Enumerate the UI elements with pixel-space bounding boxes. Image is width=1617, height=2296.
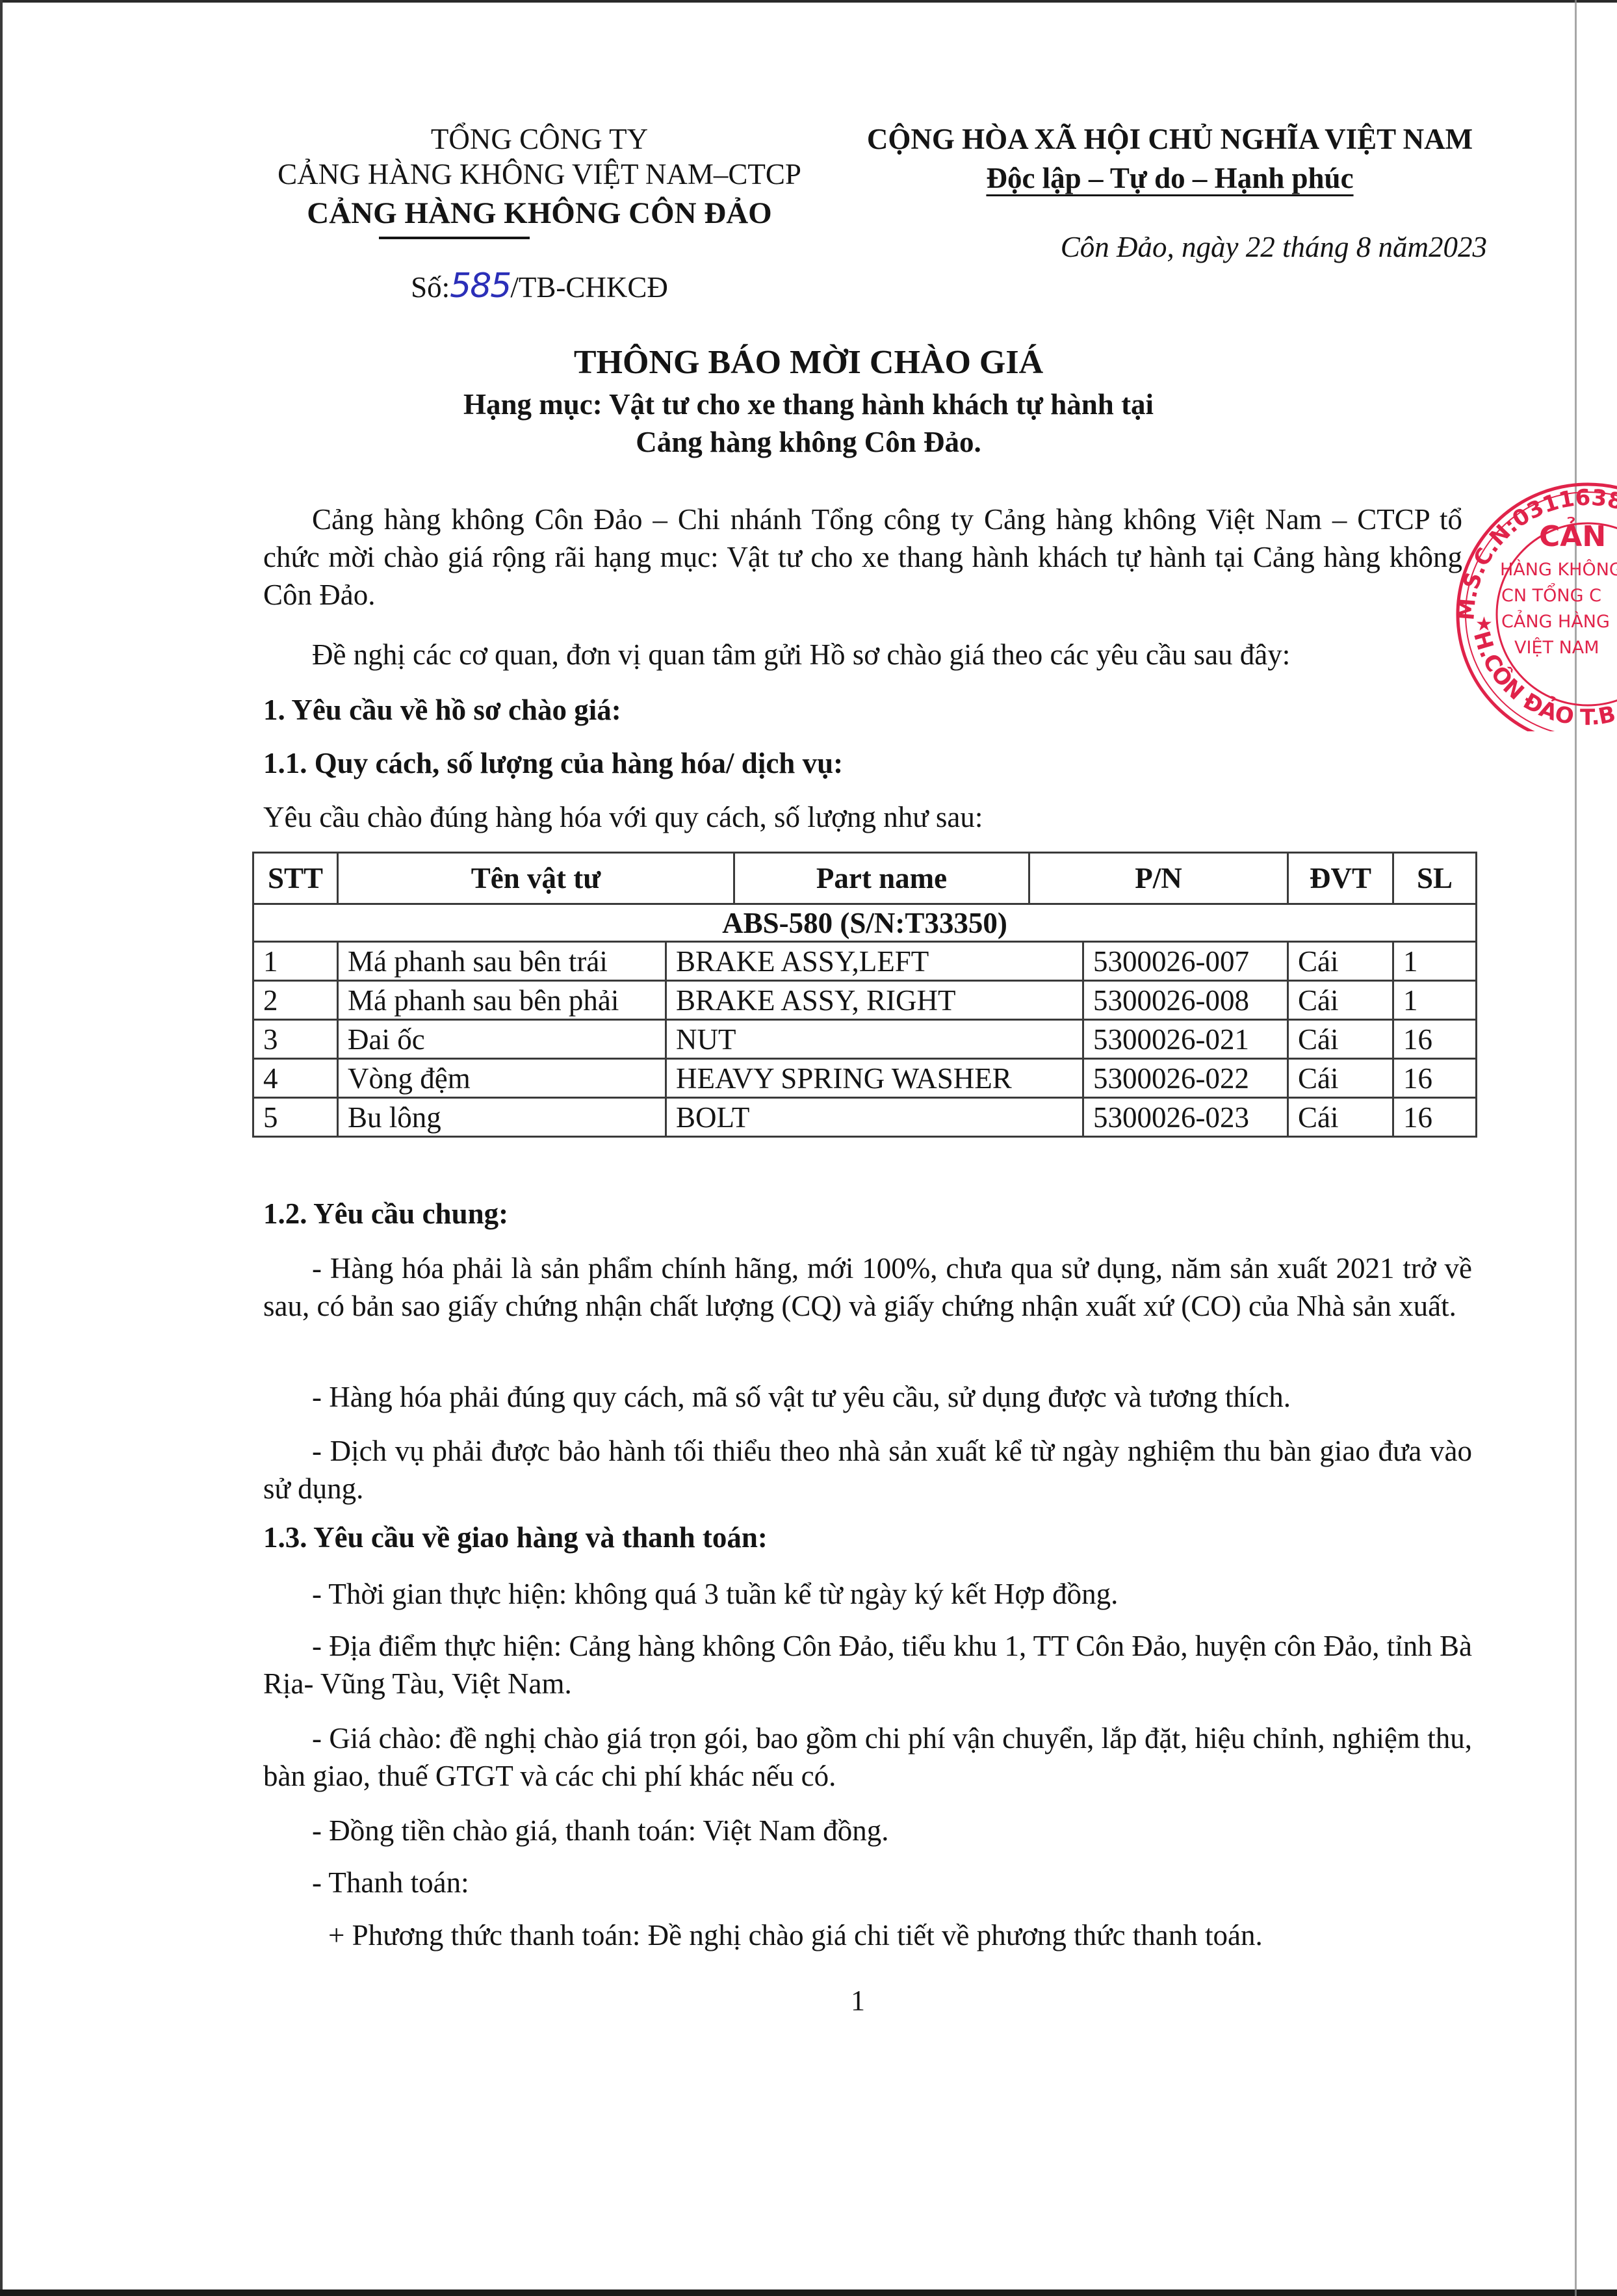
- header-stt: STT: [252, 854, 337, 903]
- header-name: Tên vật tư: [337, 854, 733, 903]
- cell-stt: 1: [252, 943, 337, 980]
- cell-name: Bu lông: [337, 1099, 665, 1136]
- cell-unit: Cái: [1287, 1060, 1392, 1097]
- document-number-handwritten: 585: [450, 267, 510, 306]
- cell-qty: 1: [1392, 943, 1477, 980]
- header-qty: SL: [1392, 854, 1477, 903]
- stamp-inner-text: VIỆT NAM: [1514, 637, 1599, 658]
- cell-name: Má phanh sau bên phải: [337, 982, 665, 1019]
- table-row: 2Má phanh sau bên phảiBRAKE ASSY, RIGHT5…: [252, 982, 1477, 1021]
- section-1-2-heading: 1.2. Yêu cầu chung:: [263, 1199, 508, 1229]
- scan-edge-top: [0, 0, 1617, 3]
- cell-qty: 16: [1392, 1060, 1477, 1097]
- cell-unit: Cái: [1287, 982, 1392, 1019]
- document-subject-line2: Cảng hàng không Côn Đảo.: [0, 425, 1617, 459]
- cell-unit: Cái: [1287, 943, 1392, 980]
- stamp-inner-text: HÀNG KHÔNG: [1500, 559, 1617, 580]
- stamp-inner-text: CN TỔNG C: [1501, 583, 1601, 606]
- cell-pn: 5300026-021: [1082, 1021, 1287, 1058]
- request-paragraph: Đề nghị các cơ quan, đơn vị quan tâm gửi…: [263, 636, 1472, 673]
- national-title: CỘNG HÒA XÃ HỘI CHỦ NGHĨA VIỆT NAM: [838, 125, 1501, 154]
- stamp-inner-text: CẢN: [1539, 516, 1606, 553]
- national-motto-text: Độc lập – Tự do – Hạnh phúc: [986, 162, 1353, 194]
- cell-qty: 1: [1392, 982, 1477, 1019]
- cell-pn: 5300026-008: [1082, 982, 1287, 1019]
- cell-qty: 16: [1392, 1099, 1477, 1136]
- general-req-1: - Hàng hóa phải là sản phẩm chính hãng, …: [263, 1249, 1472, 1325]
- delivery-req-4-text: - Đồng tiền chào giá, thanh toán: Việt N…: [312, 1814, 889, 1847]
- section-1-1-intro: Yêu cầu chào đúng hàng hóa với quy cách,…: [263, 803, 983, 832]
- header-pn: P/N: [1028, 854, 1287, 903]
- table-row: 3Đai ốcNUT5300026-021Cái16: [252, 1021, 1477, 1060]
- delivery-req-3: - Giá chào: đề nghị chào giá trọn gói, b…: [263, 1719, 1472, 1795]
- cell-part-name: NUT: [665, 1021, 1082, 1058]
- company-seal-stamp: M.S.C.N:0311638 H.CÔN ĐẢO T.BÀ ★ CẢNHÀNG…: [1448, 471, 1617, 731]
- delivery-req-2: - Địa điểm thực hiện: Cảng hàng không Cô…: [263, 1627, 1472, 1702]
- document-number: Số:585/TB-CHKCĐ: [240, 267, 838, 306]
- section-1-3-heading: 1.3. Yêu cầu về giao hàng và thanh toán:: [263, 1523, 768, 1552]
- page-number: 1: [0, 1984, 1617, 2017]
- cell-stt: 4: [252, 1060, 337, 1097]
- delivery-req-6-text: + Phương thức thanh toán: Đề nghị chào g…: [328, 1919, 1263, 1951]
- cell-part-name: BOLT: [665, 1099, 1082, 1136]
- cell-name: Vòng đệm: [337, 1060, 665, 1097]
- table-row: 1Má phanh sau bên tráiBRAKE ASSY,LEFT530…: [252, 943, 1477, 982]
- cell-part-name: BRAKE ASSY,LEFT: [665, 943, 1082, 980]
- delivery-req-1: - Thời gian thực hiện: không quá 3 tuần …: [263, 1575, 1472, 1613]
- general-req-1-text: - Hàng hóa phải là sản phẩm chính hãng, …: [263, 1252, 1472, 1322]
- cell-stt: 2: [252, 982, 337, 1019]
- cell-name: Đai ốc: [337, 1021, 665, 1058]
- table-row: 4Vòng đệmHEAVY SPRING WASHER5300026-022C…: [252, 1060, 1477, 1099]
- delivery-req-4: - Đồng tiền chào giá, thanh toán: Việt N…: [263, 1812, 1472, 1849]
- group-label: ABS-580 (S/N:T33350): [252, 905, 1477, 941]
- svg-text:★: ★: [1475, 613, 1493, 636]
- delivery-req-2-text: - Địa điểm thực hiện: Cảng hàng không Cô…: [263, 1630, 1472, 1700]
- document-number-suffix: /TB-CHKCĐ: [510, 271, 668, 304]
- cell-stt: 3: [252, 1021, 337, 1058]
- document-title: THÔNG BÁO MỜI CHÀO GIÁ: [0, 343, 1617, 382]
- cell-part-name: BRAKE ASSY, RIGHT: [665, 982, 1082, 1019]
- table-header-row: STT Tên vật tư Part name P/N ĐVT SL: [252, 852, 1477, 905]
- cell-unit: Cái: [1287, 1021, 1392, 1058]
- delivery-req-6: + Phương thức thanh toán: Đề nghị chào g…: [263, 1916, 1472, 1954]
- header-unit: ĐVT: [1287, 854, 1392, 903]
- section-1-heading: 1. Yêu cầu về hồ sơ chào giá:: [263, 696, 621, 725]
- stamp-inner-text: CẢNG HÀNG: [1501, 610, 1610, 632]
- org-name: CẢNG HÀNG KHÔNG CÔN ĐẢO: [240, 198, 838, 229]
- cell-name: Má phanh sau bên trái: [337, 943, 665, 980]
- intro-paragraph-text: Cảng hàng không Côn Đảo – Chi nhánh Tổng…: [263, 503, 1462, 611]
- request-paragraph-text: Đề nghị các cơ quan, đơn vị quan tâm gửi…: [312, 638, 1290, 671]
- header-part-name: Part name: [733, 854, 1028, 903]
- org-parent-line1: TỔNG CÔNG TY: [240, 125, 838, 154]
- document-number-prefix: Số:: [411, 271, 450, 304]
- general-req-3-text: - Dịch vụ phải được bảo hành tối thiểu t…: [263, 1435, 1472, 1505]
- intro-paragraph: Cảng hàng không Côn Đảo – Chi nhánh Tổng…: [263, 501, 1462, 614]
- table-body: 1Má phanh sau bên tráiBRAKE ASSY,LEFT530…: [252, 943, 1477, 1138]
- document-date: Côn Đảo, ngày 22 tháng 8 năm2023: [1061, 233, 1487, 262]
- general-req-2: - Hàng hóa phải đúng quy cách, mã số vật…: [263, 1378, 1472, 1416]
- general-req-2-text: - Hàng hóa phải đúng quy cách, mã số vật…: [312, 1381, 1291, 1413]
- cell-pn: 5300026-023: [1082, 1099, 1287, 1136]
- scan-edge-bottom: [0, 2289, 1617, 2296]
- table-group-row: ABS-580 (S/N:T33350): [252, 905, 1477, 943]
- cell-pn: 5300026-007: [1082, 943, 1287, 980]
- cell-part-name: HEAVY SPRING WASHER: [665, 1060, 1082, 1097]
- org-underline: [379, 237, 530, 239]
- document-subject-line1: Hạng mục: Vật tư cho xe thang hành khách…: [0, 387, 1617, 421]
- national-motto: Độc lập – Tự do – Hạnh phúc: [838, 164, 1501, 193]
- delivery-req-1-text: - Thời gian thực hiện: không quá 3 tuần …: [312, 1578, 1118, 1610]
- cell-unit: Cái: [1287, 1099, 1392, 1136]
- cell-qty: 16: [1392, 1021, 1477, 1058]
- table-row: 5Bu lôngBOLT5300026-023Cái16: [252, 1099, 1477, 1138]
- cell-pn: 5300026-022: [1082, 1060, 1287, 1097]
- materials-table: STT Tên vật tư Part name P/N ĐVT SL ABS-…: [252, 852, 1477, 1138]
- delivery-req-3-text: - Giá chào: đề nghị chào giá trọn gói, b…: [263, 1722, 1472, 1792]
- general-req-3: - Dịch vụ phải được bảo hành tối thiểu t…: [263, 1432, 1472, 1507]
- cell-stt: 5: [252, 1099, 337, 1136]
- org-parent-line2: CẢNG HÀNG KHÔNG VIỆT NAM–CTCP: [240, 160, 838, 189]
- section-1-1-heading: 1.1. Quy cách, số lượng của hàng hóa/ dị…: [263, 749, 843, 778]
- delivery-req-5: - Thanh toán:: [263, 1864, 1472, 1901]
- delivery-req-5-text: - Thanh toán:: [312, 1866, 469, 1899]
